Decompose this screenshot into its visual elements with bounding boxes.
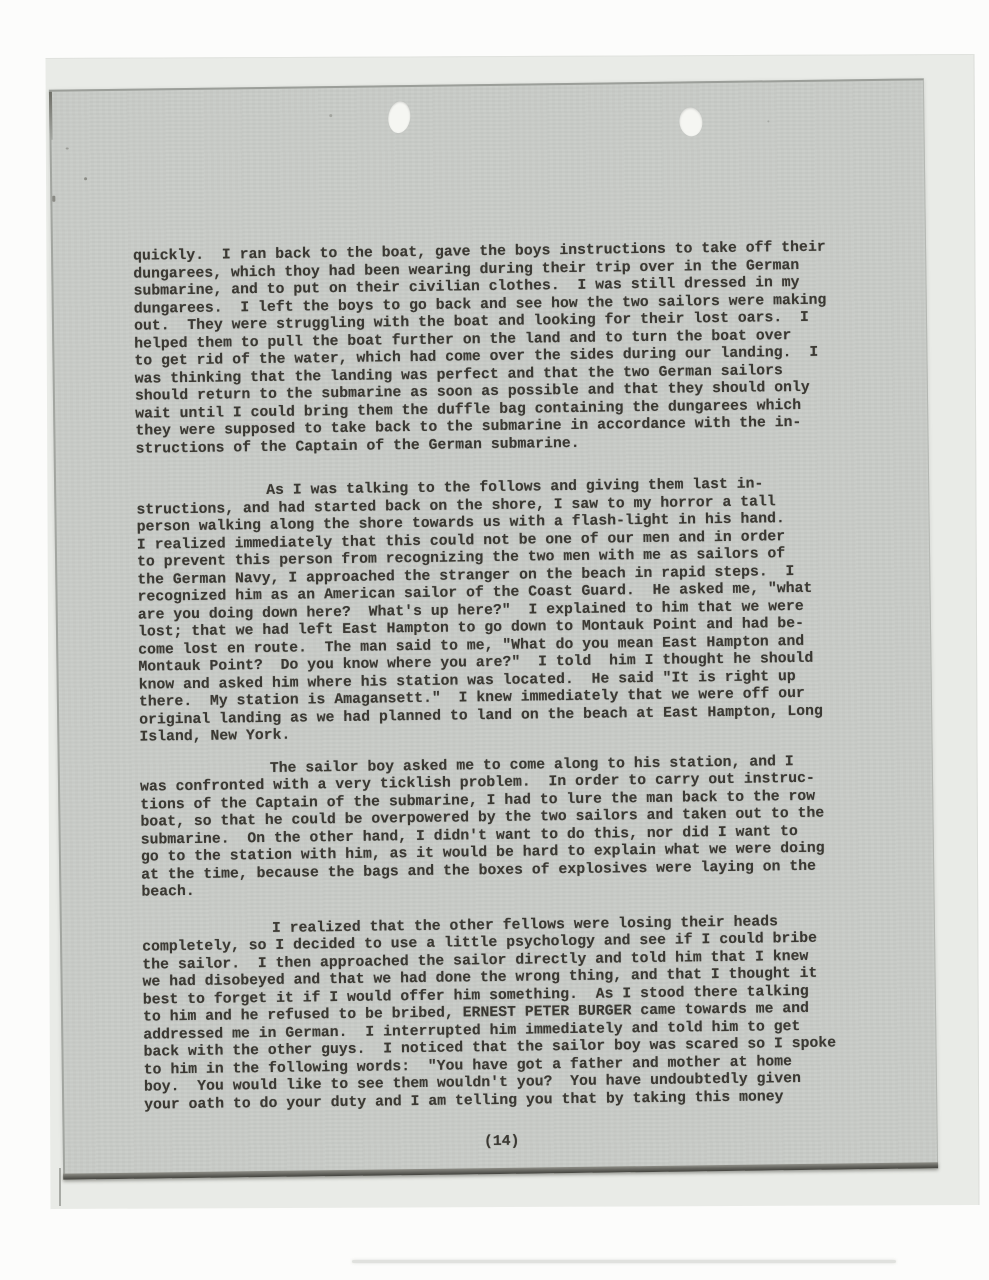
page-edge-shadow xyxy=(49,92,53,140)
hole-punch-icon xyxy=(678,106,704,138)
text-block: quickly. I ran back to the boat, gave th… xyxy=(133,239,858,1114)
paragraph: The sailor boy asked me to come along to… xyxy=(140,753,856,902)
scanned-page: quickly. I ran back to the boat, gave th… xyxy=(49,78,938,1177)
scan-speck xyxy=(66,148,69,150)
paragraph: As I was talking to the follows and givi… xyxy=(136,475,853,747)
under-page-edge-line xyxy=(59,1168,61,1206)
scan-speck xyxy=(52,196,55,202)
scan-speck xyxy=(767,120,769,122)
scan-speck xyxy=(84,177,87,180)
scan-smudge xyxy=(352,1260,896,1263)
hole-punch-icon xyxy=(386,100,412,135)
scan-speck xyxy=(329,114,332,117)
paragraph: I realized that the other fellows were l… xyxy=(142,913,858,1115)
page-number: (14) xyxy=(145,1129,859,1154)
paragraph: quickly. I ran back to the boat, gave th… xyxy=(133,239,850,458)
